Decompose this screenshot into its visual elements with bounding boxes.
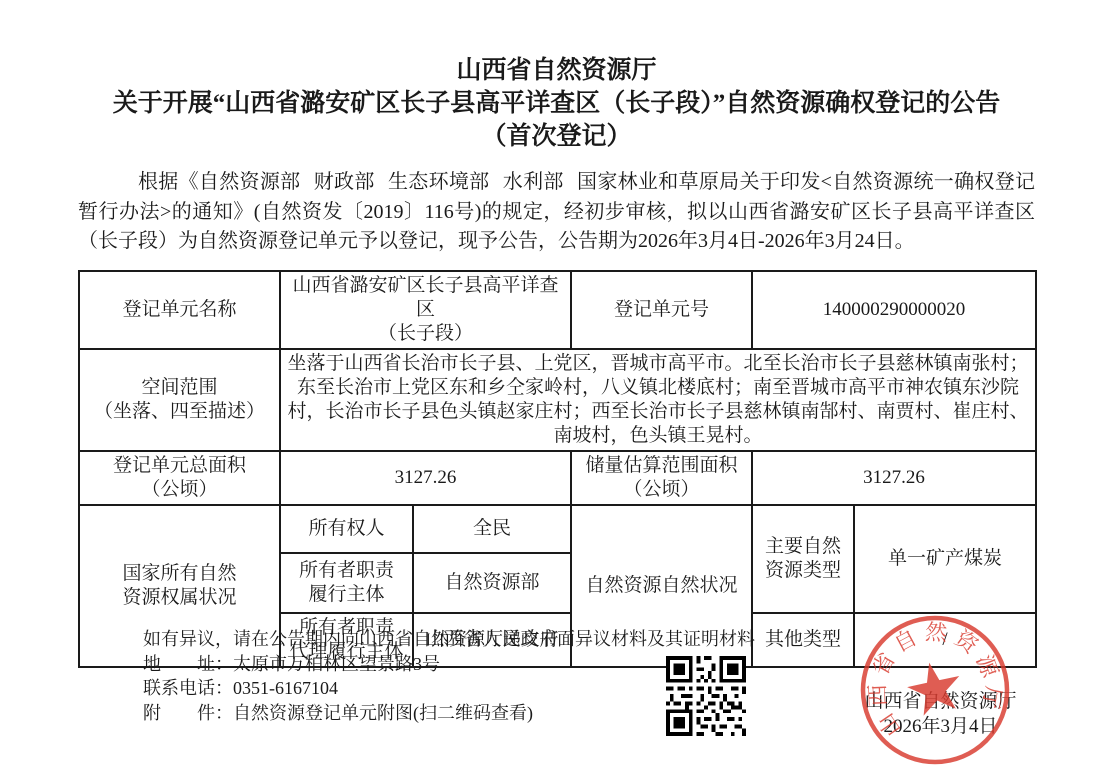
cell-area-label: 登记单元总面积 （公顷） xyxy=(79,451,280,505)
document-title: 山西省自然资源厅 关于开展“山西省潞安矿区长子县高平详查区（长子段）”自然资源确… xyxy=(78,54,1035,153)
cell-duty-value: 自然资源部 xyxy=(413,553,571,613)
signature-date: 2026年3月4日 xyxy=(848,711,1033,738)
table-row: 登记单元总面积 （公顷） 3127.26 储量估算范围面积 （公顷） 3127.… xyxy=(79,451,1036,505)
cell-duty-label: 所有者职责 履行主体 xyxy=(280,553,413,613)
address-line: 地 址：太原市万柏林区望景路3号 xyxy=(143,652,755,677)
cell-area-value: 3127.26 xyxy=(280,451,571,505)
registration-table: 登记单元名称 山西省潞安矿区长子县高平详查区 （长子段） 登记单元号 14000… xyxy=(78,270,1037,668)
title-subject: 关于开展“山西省潞安矿区长子县高平详查区（长子段）”自然资源确权登记的公告 xyxy=(78,87,1035,120)
cell-reserve-area-value: 3127.26 xyxy=(752,451,1036,505)
cell-owner-label: 所有权人 xyxy=(280,505,413,553)
cell-other-type-label: 其他类型 xyxy=(752,613,854,667)
table-row: 国家所有自然 资源权属状况 所有权人 全民 自然资源自然状况 主要自然 资源类型… xyxy=(79,505,1036,553)
cell-unit-no-label: 登记单元号 xyxy=(571,271,752,349)
cell-scope-label: 空间范围 （坐落、四至描述） xyxy=(79,349,280,451)
intro-paragraph: 根据《自然资源部 财政部 生态环境部 水利部 国家林业和草原局关于印发<自然资源… xyxy=(78,168,1035,257)
phone-line: 联系电话：0351-6167104 xyxy=(143,676,755,701)
cell-scope-value: 坐落于山西省长治市长子县、上党区，晋城市高平市。北至长治市长子县慈林镇南张村；东… xyxy=(280,349,1036,451)
objection-note: 如有异议，请在公告期内向山西省自然资源厅递交书面异议材料及其证明材料 xyxy=(143,627,755,652)
cell-unit-no-value: 140000290000020 xyxy=(752,271,1036,349)
cell-unit-name-label: 登记单元名称 xyxy=(79,271,280,349)
cell-reserve-area-label: 储量估算范围面积 （公顷） xyxy=(571,451,752,505)
cell-main-type-label: 主要自然 资源类型 xyxy=(752,505,854,613)
table-row: 空间范围 （坐落、四至描述） 坐落于山西省长治市长子县、上党区，晋城市高平市。北… xyxy=(79,349,1036,451)
announcement-page: 山西省自然资源厅 关于开展“山西省潞安矿区长子县高平详查区（长子段）”自然资源确… xyxy=(0,0,1115,776)
cell-owner-value: 全民 xyxy=(413,505,571,553)
cell-main-type-value: 单一矿产煤炭 xyxy=(854,505,1036,613)
cell-unit-name-value: 山西省潞安矿区长子县高平详查区 （长子段） xyxy=(280,271,571,349)
qr-code xyxy=(666,656,746,736)
title-agency: 山西省自然资源厅 xyxy=(78,54,1035,87)
footer-contact-block: 如有异议，请在公告期内向山西省自然资源厅递交书面异议材料及其证明材料 地 址：太… xyxy=(143,627,755,726)
cell-other-type-value: / xyxy=(854,613,1036,667)
title-registration-type: （首次登记） xyxy=(78,120,1035,153)
table-row: 登记单元名称 山西省潞安矿区长子县高平详查区 （长子段） 登记单元号 14000… xyxy=(79,271,1036,349)
signature-agency: 山西省自然资源厅 xyxy=(848,686,1033,713)
attachment-line: 附 件：自然资源登记单元附图(扫二维码查看) xyxy=(143,701,755,726)
